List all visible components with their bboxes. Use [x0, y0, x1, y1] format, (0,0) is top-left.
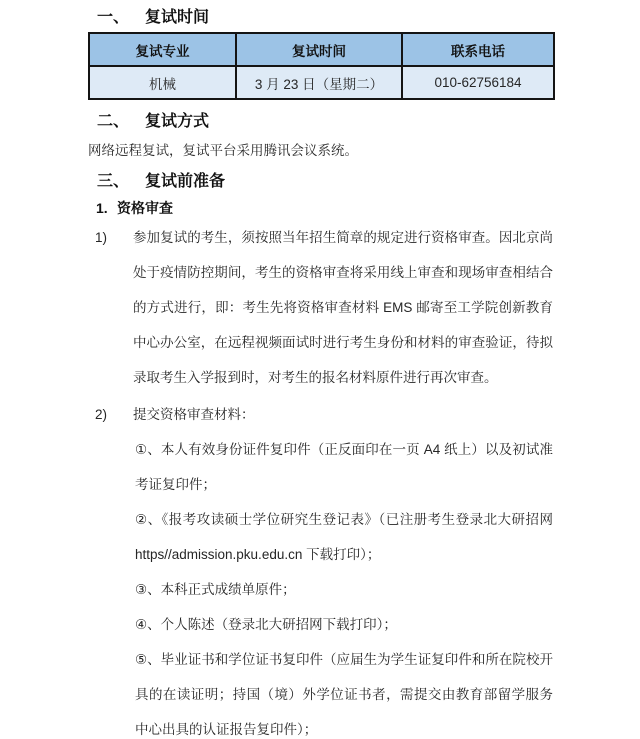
section-2-paragraph: 网络远程复试，复试平台采用腾讯会议系统。 [88, 133, 553, 168]
section-heading-3: 三、 复试前准备 [88, 172, 553, 191]
list-item-text: 参加复试的考生，须按照当年招生简章的规定进行资格审查。因北京尚处于疫情防控期间，… [133, 220, 553, 395]
list-item-text: 提交资格审查材料： [133, 397, 553, 432]
subsection-title: 资格审查 [117, 198, 173, 218]
table-header-phone: 联系电话 [402, 33, 554, 66]
subsection-heading-qualification: 1. 资格审查 [88, 198, 553, 218]
material-item-5: ⑤、毕业证书和学位证书复印件（应届生为学生证复印件和所在院校开具的在读证明；持国… [88, 642, 553, 739]
section-number: 一、 [97, 8, 145, 27]
section-number: 三、 [97, 172, 145, 191]
schedule-table: 复试专业 复试时间 联系电话 机械 3 月 23 日（星期二） 010-6275… [88, 32, 555, 100]
subsection-number: 1. [96, 198, 117, 218]
material-item-2: ②、《报考攻读硕士学位研究生登记表》（已注册考生登录北大研招网 https//a… [88, 502, 553, 572]
section-heading-2: 二、 复试方式 [88, 112, 553, 131]
list-item-number: 2) [88, 397, 133, 432]
list-item-1: 1) 参加复试的考生，须按照当年招生简章的规定进行资格审查。因北京尚处于疫情防控… [88, 220, 553, 395]
document-page: 一、 复试时间 复试专业 复试时间 联系电话 机械 3 月 23 日（星期二） … [0, 0, 640, 739]
table-header-time: 复试时间 [236, 33, 402, 66]
section-heading-1: 一、 复试时间 [88, 8, 553, 27]
table-cell-time: 3 月 23 日（星期二） [236, 66, 402, 99]
material-item-3: ③、本科正式成绩单原件； [88, 572, 553, 607]
section-title: 复试时间 [145, 8, 209, 27]
table-cell-major: 机械 [89, 66, 236, 99]
section-number: 二、 [97, 112, 145, 131]
table-header-row: 复试专业 复试时间 联系电话 [89, 33, 554, 66]
table-row: 机械 3 月 23 日（星期二） 010-62756184 [89, 66, 554, 99]
section-title: 复试方式 [145, 112, 209, 131]
list-item-number: 1) [88, 220, 133, 395]
section-title: 复试前准备 [145, 172, 225, 191]
material-item-1: ①、本人有效身份证件复印件（正反面印在一页 A4 纸上）以及初试准考证复印件； [88, 432, 553, 502]
list-item-2: 2) 提交资格审查材料： [88, 397, 553, 432]
table-cell-phone: 010-62756184 [402, 66, 554, 99]
table-header-major: 复试专业 [89, 33, 236, 66]
material-item-4: ④、个人陈述（登录北大研招网下载打印）； [88, 607, 553, 642]
materials-list: ①、本人有效身份证件复印件（正反面印在一页 A4 纸上）以及初试准考证复印件； … [88, 432, 553, 739]
